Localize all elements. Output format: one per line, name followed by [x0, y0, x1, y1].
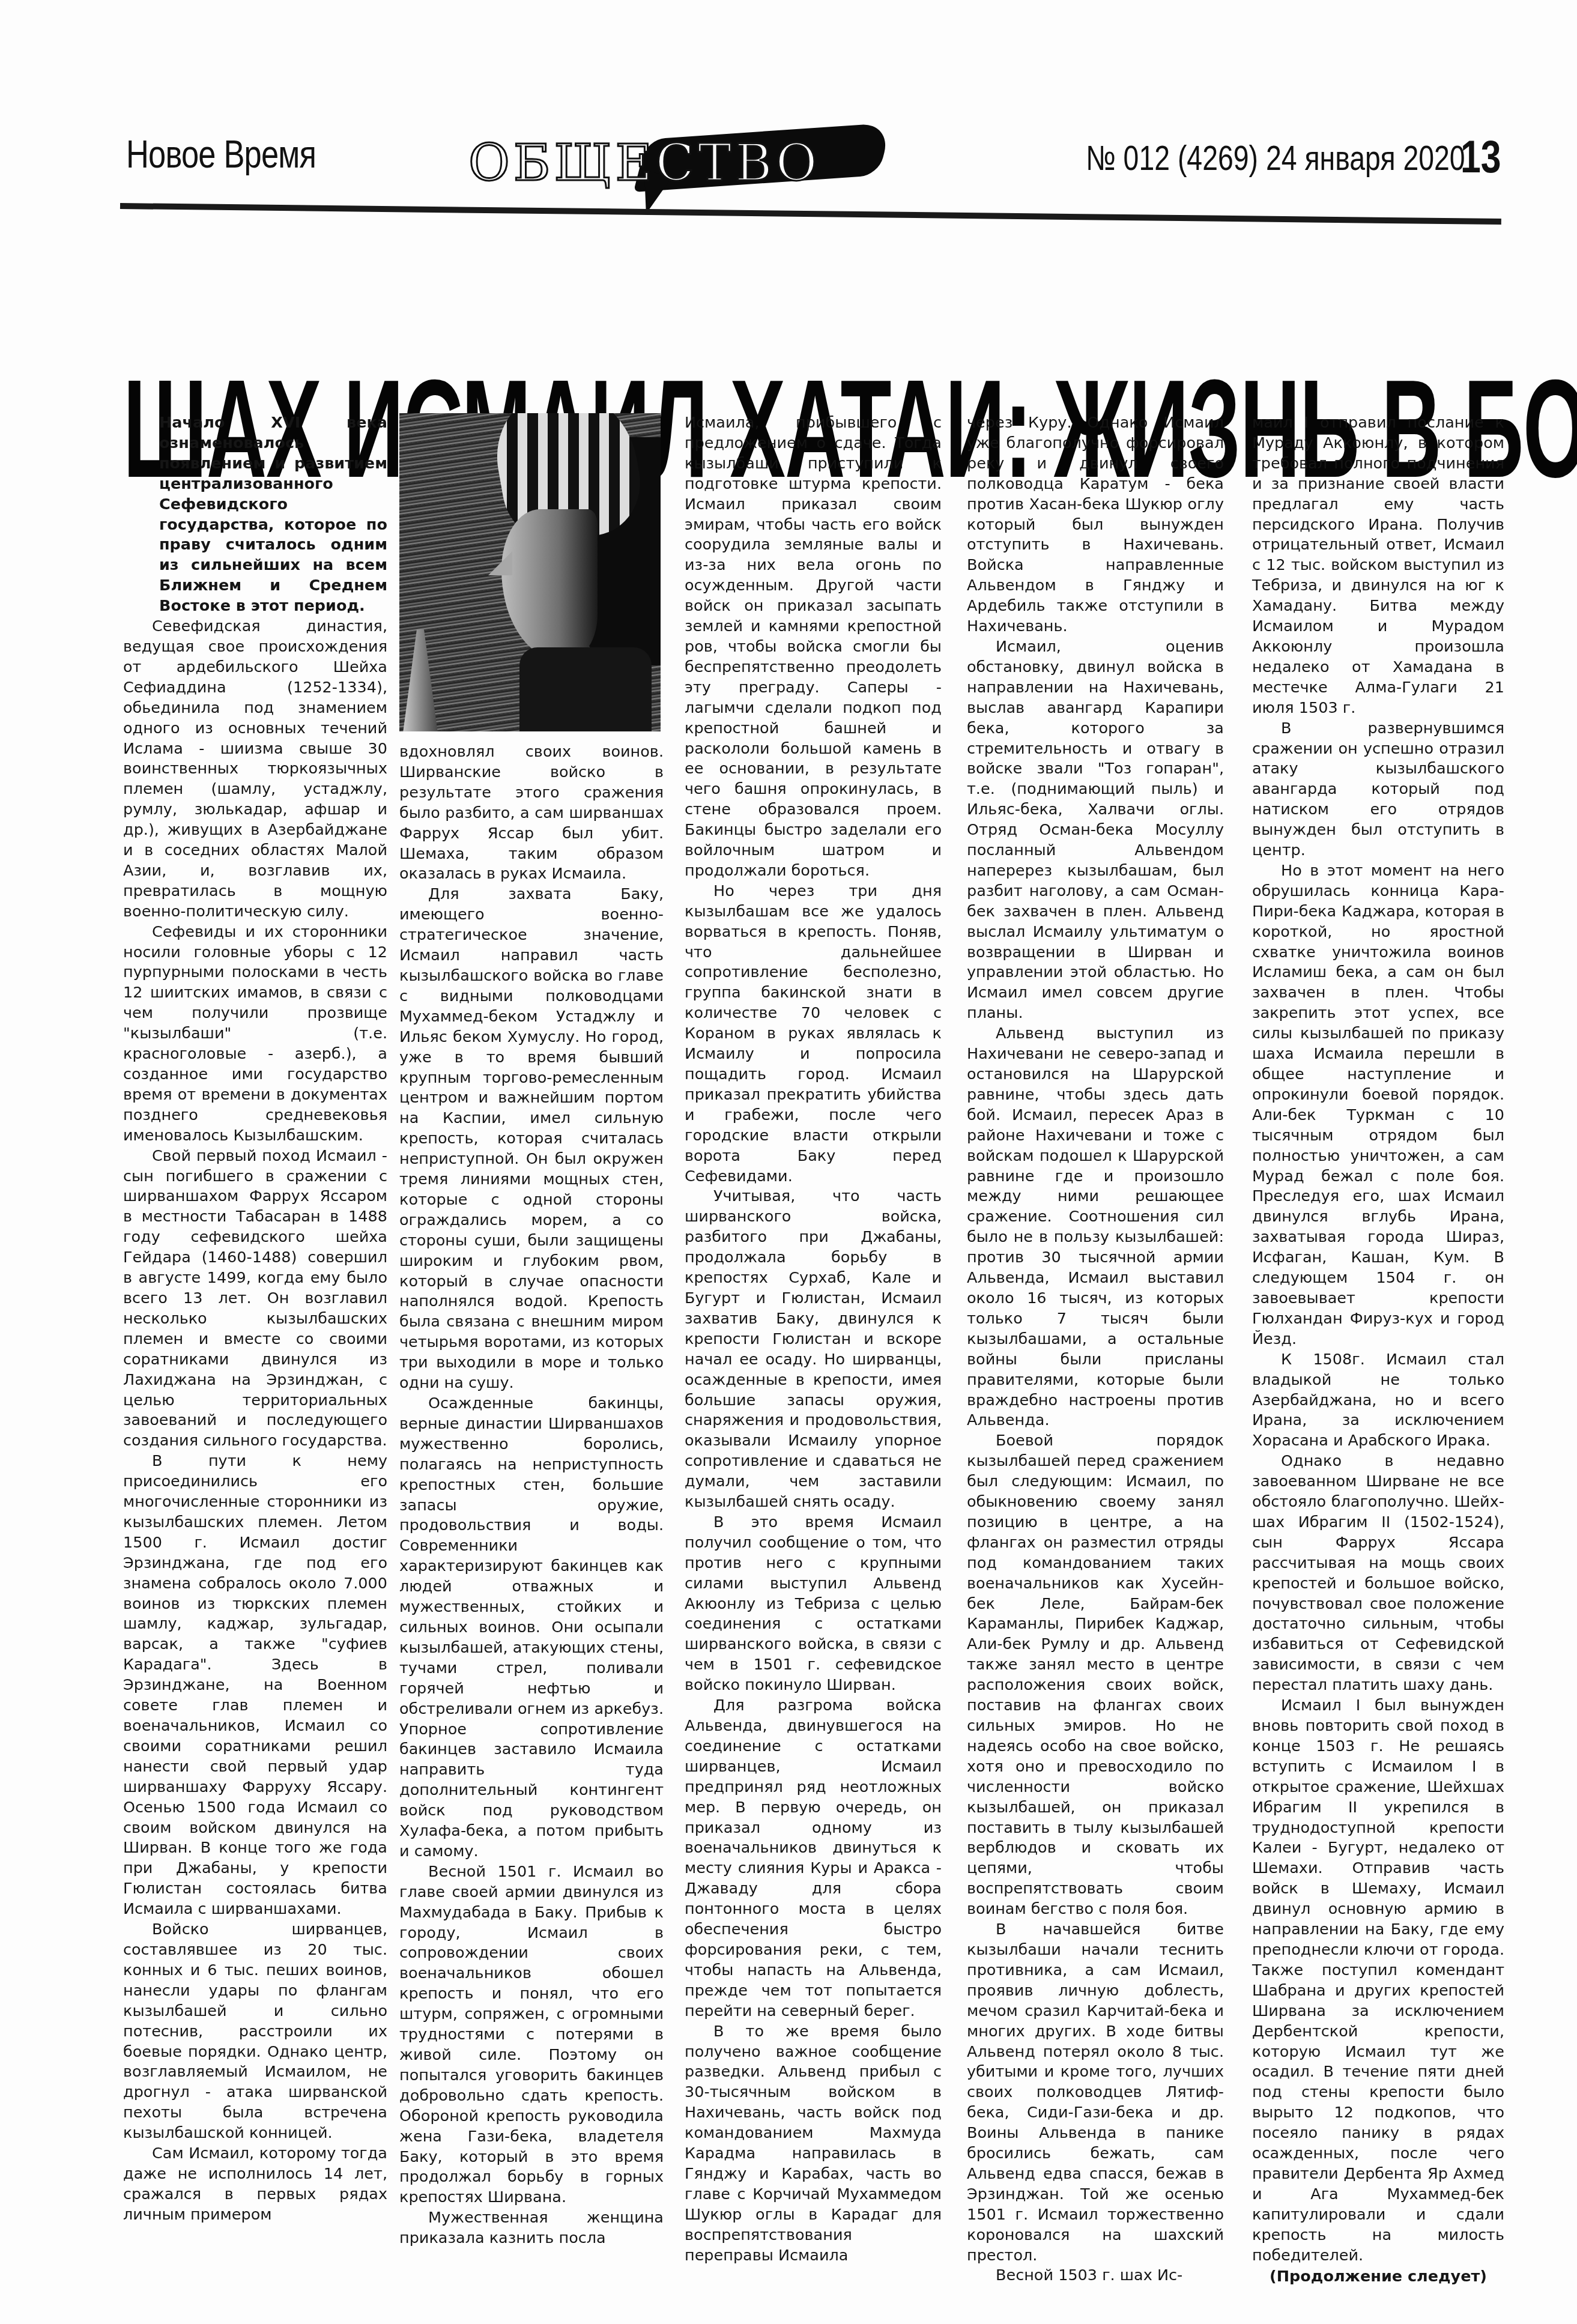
newspaper-name: Новое Время [126, 132, 316, 177]
paragraph: Учитывая, что часть ширванского войска, … [685, 1187, 942, 1513]
issue-info: № 012 (4269) 24 января 2020 [1086, 138, 1465, 178]
article-lead: Начало XVI века ознаменовалось появление… [123, 413, 387, 617]
paragraph: вдохновлял своих воинов. Ширванские войс… [399, 742, 664, 885]
section-rubric: ОБЩЕСТВО [462, 126, 895, 198]
newspaper-page: Новое Время ОБЩЕСТВО № 012 (4269) 24 янв… [0, 0, 1577, 2324]
paragraph: В это время Исмаил получил сообщение о т… [685, 1513, 942, 1696]
rubric-label: ОБЩЕСТВО [468, 133, 821, 192]
article-column-5: маил I отправил послание к Мураду Аккоюн… [1252, 413, 1504, 2287]
portrait-image [399, 413, 661, 731]
article-column-3: Исмаила, прибывшего с предложением о сда… [685, 413, 942, 2266]
page-number: 13 [1460, 131, 1501, 183]
article-column-1: Начало XVI века ознаменовалось появление… [123, 413, 387, 2226]
paragraph: Весной 1501 г. Исмаил во главе своей арм… [399, 1862, 664, 2208]
continuation-note: (Продолжение следует) [1252, 2267, 1504, 2287]
paragraph: Исмаил I был вынужден вновь повторить св… [1252, 1696, 1504, 2266]
paragraph: маил I отправил послание к Мураду Аккоюн… [1252, 413, 1504, 719]
article-column-2: вдохновлял своих воинов. Ширванские войс… [399, 413, 664, 2249]
paragraph: через Куру. Однако Исмаил уже благополуч… [967, 413, 1224, 637]
paragraph: Свой первый поход Исмаил - сын погибшего… [123, 1146, 387, 1452]
paragraph: Исмаил, оценив обстановку, двинул войска… [967, 637, 1224, 1024]
paragraph: В развернувшимся сражении он успешно отр… [1252, 719, 1504, 861]
paragraph: В начавшейся битве кызылбаши начали тесн… [967, 1920, 1224, 2266]
paragraph: Сефевиды и их сторонники носили головные… [123, 922, 387, 1146]
paragraph: Альвенд выступил из Нахичевани не северо… [967, 1024, 1224, 1431]
paragraph: Весной 1503 г. шах Ис- [967, 2266, 1224, 2286]
paragraph: К 1508г. Исмаил стал владыкой не только … [1252, 1350, 1504, 1452]
paragraph: Осажденные бакинцы, верные династии Ширв… [399, 1394, 664, 1862]
paragraph: В то же время было получено важное сообщ… [685, 2022, 942, 2266]
paragraph: Однако в недавно завоеванном Ширване не … [1252, 1451, 1504, 1696]
paragraph: Войско ширванцев, составлявшее из 20 тыс… [123, 1920, 387, 2144]
paragraph: Севефидская династия, ведущая свое проис… [123, 617, 387, 922]
paragraph: Для захвата Баку, имеющего военно-страте… [399, 885, 664, 1394]
paragraph: Мужественная женщина приказала казнить п… [399, 2208, 664, 2249]
paragraph: Но через три дня кызылбашам все же удало… [685, 882, 942, 1187]
paragraph: Исмаила, прибывшего с предложением о сда… [685, 413, 942, 882]
paragraph: Сам Исмаил, которому тогда даже не испол… [123, 2144, 387, 2226]
paragraph: Для разгрома войска Альвенда, двинувшего… [685, 1696, 942, 2022]
masthead: Новое Время ОБЩЕСТВО № 012 (4269) 24 янв… [126, 132, 1501, 216]
nose-shape [488, 551, 512, 575]
face-profile [501, 509, 598, 659]
paragraph: Но в этот момент на него обрушилась конн… [1252, 861, 1504, 1350]
paragraph: В пути к нему присоединились его многочи… [123, 1451, 387, 1920]
robe-shape [519, 647, 652, 731]
article-column-4: через Куру. Однако Исмаил уже благополуч… [967, 413, 1224, 2286]
hand-shape [402, 629, 438, 731]
paragraph: Боевой порядок кызылбашей перед сражение… [967, 1431, 1224, 1920]
